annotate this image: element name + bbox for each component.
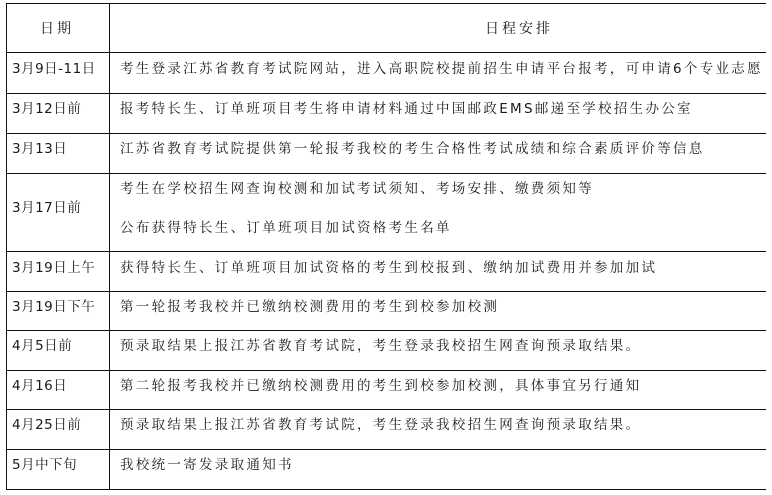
- row-date: 3月9日-11日: [12, 61, 96, 77]
- table-border-left: [6, 3, 7, 490]
- table-border-top: [6, 3, 766, 4]
- row-date: 3月19日上午: [12, 260, 95, 276]
- row-description: 我校统一寄发录取通知书: [120, 457, 294, 473]
- row-divider: [6, 133, 766, 134]
- row-description: 预录取结果上报江苏省教育考试院，考生登录我校招生网查询预录取结果。: [120, 417, 641, 433]
- column-divider: [109, 3, 110, 490]
- row-description: 江苏省教育考试院提供第一轮报考我校的考生合格性考试成绩和综合素质评价等信息: [120, 141, 705, 157]
- row-date: 4月25日前: [12, 417, 81, 433]
- row-divider: [6, 370, 766, 371]
- row-description-line1: 考生在学校招生网查询校测和加试考试须知、考场安排、缴费须知等: [120, 181, 594, 197]
- row-divider: [6, 93, 766, 94]
- row-date: 3月12日前: [12, 101, 81, 117]
- row-date: 4月5日前: [12, 338, 72, 354]
- header-schedule: 日程安排: [485, 18, 553, 38]
- row-divider: [6, 251, 766, 252]
- table-border-bottom: [6, 489, 766, 490]
- row-divider: [6, 330, 766, 331]
- header-date: 日期: [40, 18, 74, 38]
- row-date: 5月中下旬: [12, 457, 77, 473]
- row-date: 3月19日下午: [12, 299, 95, 315]
- row-description: 报考特长生、订单班项目考生将申请材料通过中国邮政EMS邮递至学校招生办公室: [120, 101, 693, 117]
- row-date: 3月17日前: [12, 200, 81, 216]
- row-description: 第一轮报考我校并已缴纳校测费用的考生到校参加校测: [120, 299, 499, 315]
- row-description: 预录取结果上报江苏省教育考试院，考生登录我校招生网查询预录取结果。: [120, 338, 641, 354]
- row-divider: [6, 409, 766, 410]
- row-description: 第二轮报考我校并已缴纳校测费用的考生到校参加校测，具体事宜另行通知: [120, 378, 641, 394]
- row-description: 考生登录江苏省教育考试院网站，进入高职院校提前招生申请平台报考，可申请6个专业志…: [120, 61, 763, 77]
- row-date: 4月16日: [12, 378, 67, 394]
- row-divider: [6, 173, 766, 174]
- row-description: 获得特长生、订单班项目加试资格的考生到校报到、缴纳加试费用并参加加试: [120, 260, 657, 276]
- row-divider: [6, 291, 766, 292]
- row-divider: [6, 449, 766, 450]
- header-divider: [6, 52, 766, 53]
- row-description-line2: 公布获得特长生、订单班项目加试资格考生名单: [120, 220, 452, 236]
- row-date: 3月13日: [12, 141, 67, 157]
